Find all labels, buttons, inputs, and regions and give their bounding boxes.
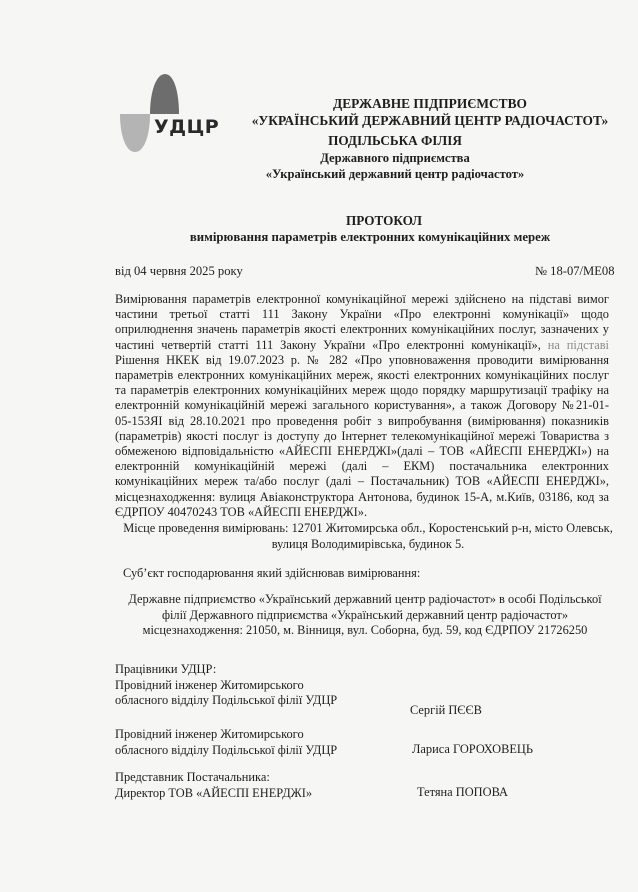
branch-parent-line2: «Український державний центр радіочастот…	[230, 166, 560, 183]
body-line: ЄДРПОУ 40470243 ТОВ «АЙЕСПІ ЕНЕРДЖІ».	[115, 505, 609, 520]
signer2-position-line2: обласного відділу Подільської філії УДЦР	[115, 743, 337, 759]
staff-signature-block: Працівники УДЦР: Провідний інженер Житом…	[115, 662, 337, 709]
subject-line2: філії Державного підприємства «Українськ…	[105, 608, 625, 624]
body-line: Вимірювання параметрів електронної комун…	[115, 292, 609, 307]
signer3-name: Тетяна ПОПОВА	[417, 785, 508, 801]
body-line: електронній комунікаційній мережі (далі …	[115, 459, 609, 474]
signer2-name: Лариса ГОРОХОВЕЦЬ	[412, 742, 533, 758]
staff-label: Працівники УДЦР:	[115, 662, 337, 678]
signer1-position-line2: обласного відділу Подільської філії УДЦР	[115, 693, 337, 709]
body-line: 05-153ЯІ від 28.10.2021 про проведення р…	[115, 414, 609, 429]
body-line: параметрів електронних комунікаційних ме…	[115, 368, 609, 383]
body-line: оприлюднення значень параметрів якості е…	[115, 322, 609, 337]
body-line: та параметрів електронних комунікаційних…	[115, 383, 609, 398]
body-line-faint-text: на підставі	[541, 338, 609, 352]
organization-name: «УКРАЇНСЬКИЙ ДЕРЖАВНИЙ ЦЕНТР РАДІОЧАСТОТ…	[230, 112, 630, 129]
signer2-position-line1: Провідний інженер Житомирського	[115, 727, 337, 743]
body-line: частини третьої статті 111 Закону Україн…	[115, 307, 609, 322]
body-paragraph: Вимірювання параметрів електронної комун…	[115, 292, 609, 520]
document-date: від 04 червня 2025 року	[115, 264, 243, 279]
body-line: Рішення НКЕК від 19.07.2023 р. № 282 «Пр…	[115, 353, 609, 368]
body-line-text: частині четвертій статті 111 Закону Укра…	[115, 338, 541, 352]
signer2-block: Провідний інженер Житомирського обласног…	[115, 727, 337, 758]
subject-details: Державне підприємство «Український держа…	[105, 592, 625, 639]
signer1-name: Сергій ПЄЄВ	[410, 703, 482, 719]
udcr-logo: УДЦР	[116, 72, 216, 152]
organization-type: ДЕРЖАВНЕ ПІДПРИЄМСТВО	[230, 95, 630, 112]
supplier-label: Представник Постачальника:	[115, 770, 312, 786]
document-number: № 18-07/МЕ08	[535, 264, 615, 279]
signer3-position: Директор ТОВ «АЙЕСПІ ЕНЕРДЖІ»	[115, 786, 312, 802]
body-line: електронній комунікаційній мережі загаль…	[115, 398, 609, 413]
document-title: ПРОТОКОЛ	[100, 213, 620, 229]
body-line: (параметрів) якості послуг із доступу до…	[115, 429, 609, 444]
branch-header: ПОДІЛЬСЬКА ФІЛІЯ Державного підприємства…	[230, 133, 560, 183]
document-page: УДЦР ДЕРЖАВНЕ ПІДПРИЄМСТВО «УКРАЇНСЬКИЙ …	[0, 0, 638, 892]
document-title-block: ПРОТОКОЛ вимірювання параметрів електрон…	[100, 213, 620, 245]
subject-line1: Державне підприємство «Український держа…	[105, 592, 625, 608]
sine-wave-logo-icon	[116, 72, 216, 152]
body-line: обмеженою відповідальністю «АЙЕСПІ ЕНЕРД…	[115, 444, 609, 459]
signer1-position-line1: Провідний інженер Житомирського	[115, 678, 337, 694]
branch-name: ПОДІЛЬСЬКА ФІЛІЯ	[230, 133, 560, 150]
subject-label: Суб’єкт господарювання який здійснював в…	[123, 566, 420, 581]
location-line2: вулиця Володимирівська, будинок 5.	[108, 536, 628, 552]
measurement-location: Місце проведення вимірювань: 12701 Житом…	[108, 520, 628, 552]
document-subtitle: вимірювання параметрів електронних комун…	[100, 229, 620, 245]
body-line: комунікаційних мереж та/або послуг (далі…	[115, 474, 609, 489]
location-line1: Місце проведення вимірювань: 12701 Житом…	[108, 520, 628, 536]
body-line: місцезнаходження: вулиця Авіаконструктор…	[115, 490, 609, 505]
supplier-signature-block: Представник Постачальника: Директор ТОВ …	[115, 770, 312, 801]
logo-text: УДЦР	[154, 116, 219, 138]
organization-header: ДЕРЖАВНЕ ПІДПРИЄМСТВО «УКРАЇНСЬКИЙ ДЕРЖА…	[230, 95, 630, 129]
branch-parent-line1: Державного підприємства	[230, 150, 560, 167]
body-line-with-faint: частині четвертій статті 111 Закону Укра…	[115, 338, 609, 353]
subject-line3: місцезнаходження: 21050, м. Вінниця, вул…	[105, 623, 625, 639]
